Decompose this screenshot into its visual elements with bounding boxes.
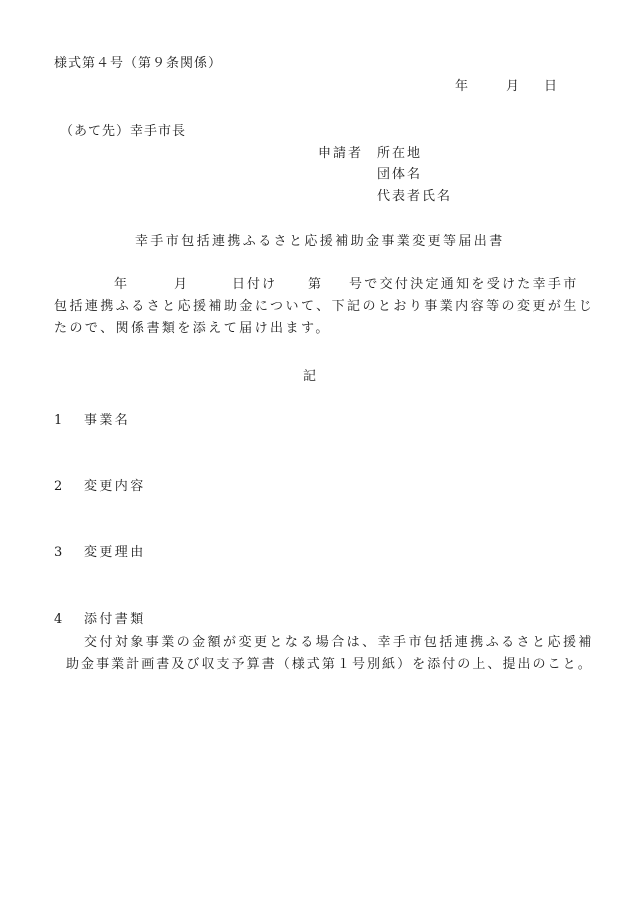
- item-number: 3: [54, 545, 62, 561]
- item-label: 添付書類: [84, 612, 146, 628]
- applicant-representative-label: 代表者氏名: [377, 189, 452, 205]
- date-year-label: 年: [455, 79, 470, 95]
- applicant-organization-label: 団体名: [377, 167, 422, 183]
- body-day-label: 日付け: [232, 277, 277, 293]
- body-line-3: たので、関係書類を添えて届け出ます。: [54, 321, 331, 337]
- date-day-label: 日: [544, 79, 559, 95]
- body-year-label: 年: [114, 277, 129, 293]
- item-label: 変更内容: [84, 479, 146, 495]
- attachment-note-line-2: 助金事業計画書及び収支予算書（様式第１号別紙）を添付の上、提出のこと。: [66, 657, 593, 673]
- attachment-note-line-1: 交付対象事業の金額が変更となる場合は、幸手市包括連携ふるさと応援補: [84, 635, 594, 651]
- item-number: 2: [54, 479, 62, 495]
- body-line-1-text: 号で交付決定通知を受けた幸手市: [349, 277, 579, 293]
- ki-heading: 記: [303, 369, 318, 385]
- addressee: （あて先）幸手市長: [60, 124, 186, 140]
- applicant-address-label: 所在地: [377, 146, 422, 162]
- document-title: 幸手市包括連携ふるさと応援補助金事業変更等届出書: [135, 234, 505, 250]
- item-label: 事業名: [84, 413, 130, 429]
- body-month-label: 月: [174, 277, 189, 293]
- item-number: 1: [54, 413, 62, 429]
- form-identifier: 様式第４号（第９条関係）: [54, 56, 222, 72]
- applicant-label: 申請者: [318, 146, 363, 162]
- body-line-2: 包括連携ふるさと応援補助金について、下記のとおり事業内容等の変更が生じ: [54, 299, 594, 315]
- body-number-prefix: 第: [308, 277, 323, 293]
- date-month-label: 月: [506, 79, 521, 95]
- item-label: 変更理由: [84, 545, 146, 561]
- item-number: 4: [54, 612, 62, 628]
